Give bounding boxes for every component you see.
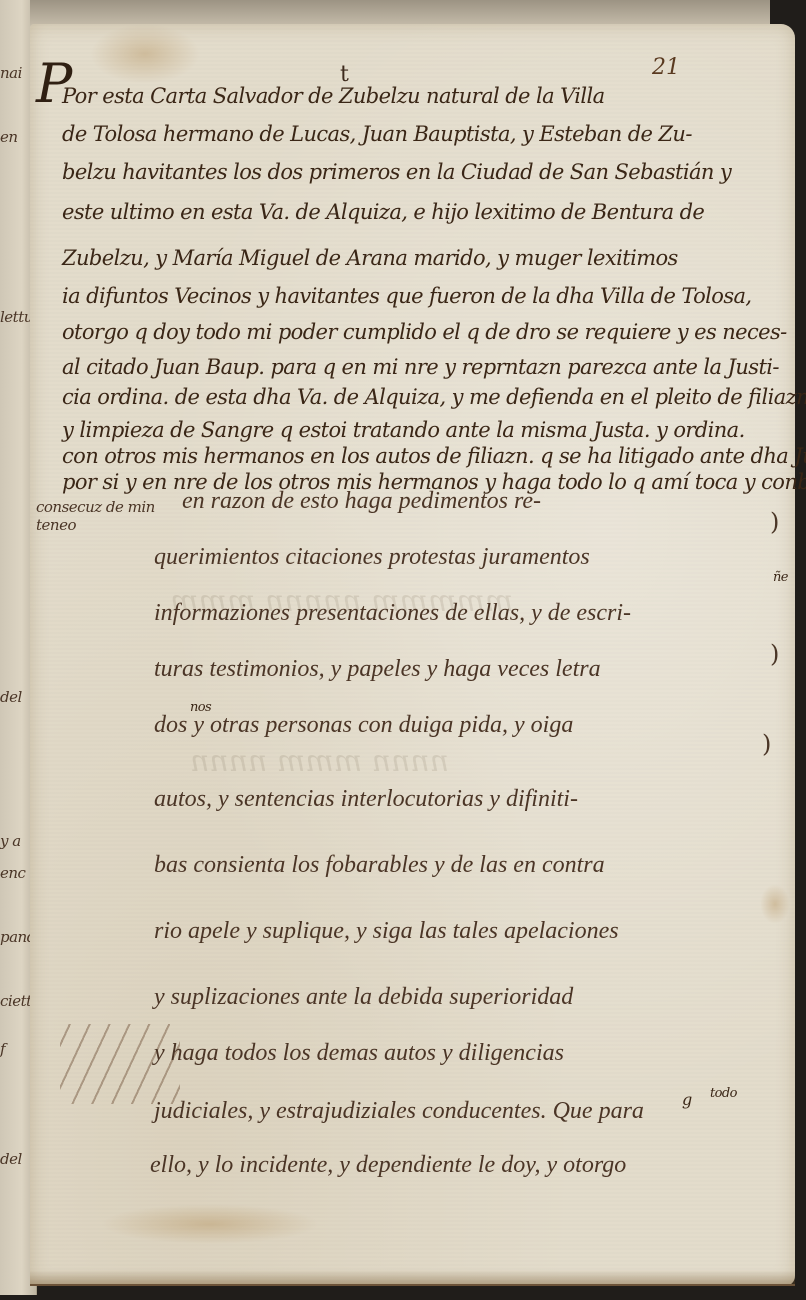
folio-number: 21 xyxy=(652,55,680,80)
text-line: turas testimonios, y papeles y haga vece… xyxy=(154,656,601,683)
text-line: judiciales, y estrajudiziales conducente… xyxy=(154,1098,644,1125)
left-margin-note: nai xyxy=(0,64,22,82)
text-line: informaziones presentaciones de ellas, y… xyxy=(154,600,631,627)
left-margin-note: lettu xyxy=(0,308,33,326)
margin-note-consecuz: consecuz de min xyxy=(36,498,155,516)
left-margin-note: en xyxy=(0,128,18,146)
text-line: cia ordina. de esta dha Va. de Alquiza, … xyxy=(62,385,806,409)
interlinear-note: todo xyxy=(710,1086,737,1101)
text-line: en razon de esto haga pedimentos re- xyxy=(182,488,541,515)
text-line: rio apele y suplique, y siga las tales a… xyxy=(154,918,619,945)
text-line: dos y otras personas con duiga pida, y o… xyxy=(154,712,573,739)
stain xyxy=(90,24,200,84)
text-line: y limpieza de Sangre q estoi tratando an… xyxy=(62,418,745,442)
left-margin-note: ciett xyxy=(0,992,32,1010)
right-margin-bracket: ) xyxy=(762,730,771,758)
text-line: de Tolosa hermano de Lucas, Juan Bauptis… xyxy=(62,122,692,146)
left-margin-note: enc xyxy=(0,864,25,882)
margin-note-teneo: teneo xyxy=(36,516,76,534)
text-line: bas consienta los fobarables y de las en… xyxy=(154,852,605,879)
text-line: Zubelzu, y María Miguel de Arana marido,… xyxy=(62,246,678,270)
text-line: otorgo q doy todo mi poder cumplido el q… xyxy=(62,320,787,344)
text-line: autos, y sentencias interlocutorias y di… xyxy=(154,786,578,813)
interlinear-note: nos xyxy=(190,700,211,715)
right-margin-bracket: ) xyxy=(770,640,779,668)
left-margin-note: del xyxy=(0,688,22,706)
stain xyxy=(760,884,790,924)
text-line: al citado Juan Baup. para q en mi nre y … xyxy=(62,355,779,379)
bleed-through: nnnn mmm nnnn xyxy=(190,744,449,779)
text-line: este ultimo en esta Va. de Alquiza, e hi… xyxy=(62,200,704,224)
text-line: ia difuntos Vecinos y havitantes que fue… xyxy=(62,284,752,308)
stain xyxy=(100,1204,320,1244)
right-margin-mark: ñe xyxy=(773,570,788,585)
text-line: con otros mis hermanos en los autos de f… xyxy=(62,444,806,468)
text-line: querimientos citaciones protestas jurame… xyxy=(154,544,590,571)
interlinear-note: g xyxy=(682,1090,692,1109)
left-margin-note: del xyxy=(0,1150,22,1168)
text-line: belzu havitantes los dos primeros en la … xyxy=(62,160,731,184)
right-margin-bracket: ) xyxy=(770,508,779,536)
text-line: y suplizaciones ante la debida superiori… xyxy=(154,984,573,1011)
text-line: y haga todos los demas autos y diligenci… xyxy=(154,1040,564,1067)
left-margin-note: y a xyxy=(0,832,21,850)
text-line: ello, y lo incidente, y dependiente le d… xyxy=(150,1152,626,1179)
scanned-image: nai en lettu del y a enc pand ciett f de… xyxy=(0,0,806,1300)
text-line: Por esta Carta Salvador de Zubelzu natur… xyxy=(62,84,605,108)
left-margin-note: f xyxy=(0,1040,5,1058)
